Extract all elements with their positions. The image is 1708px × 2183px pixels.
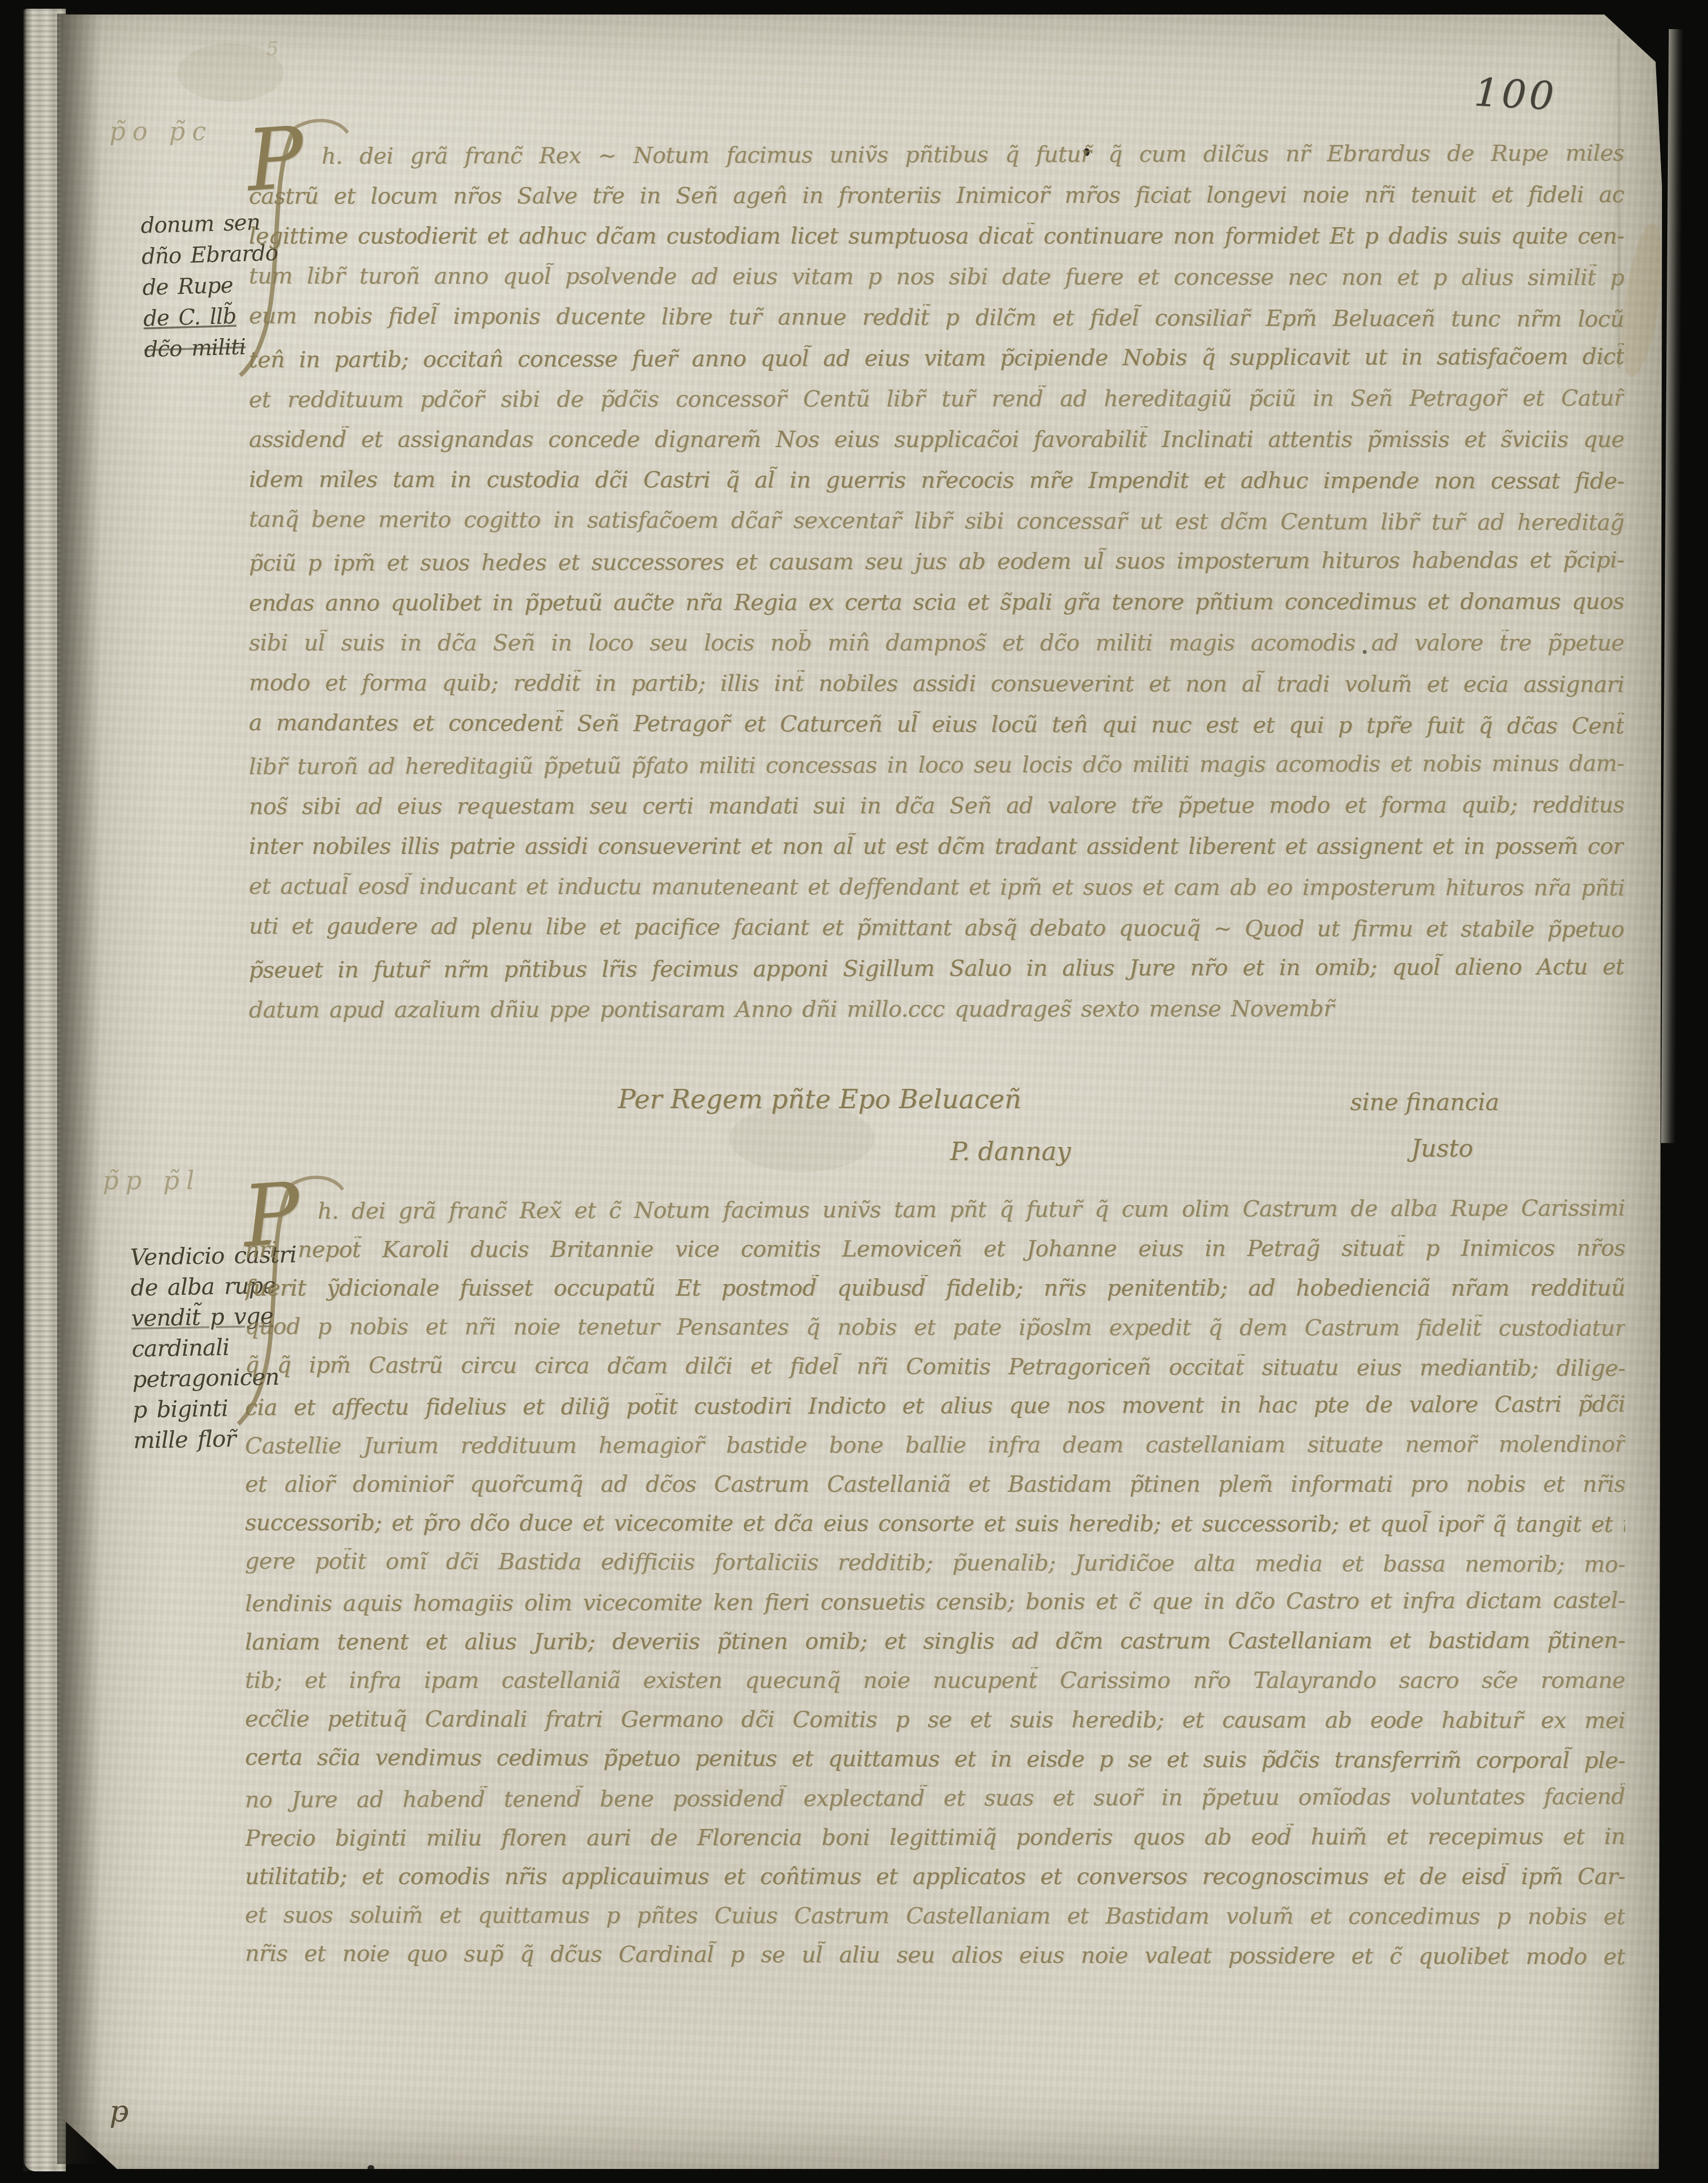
text-line: Castellie Jurium reddituum hemagior̃ bas…	[245, 1431, 1625, 1458]
text-line: ecc̃lie petituq̃ Cardinali fratri German…	[245, 1705, 1625, 1733]
text-line: tum libr̃ turoñ anno quol̃ psolvende ad …	[249, 263, 1624, 290]
text-line: successorib; et p̃ro dc̃o duce et viceco…	[245, 1509, 1625, 1537]
text-line: p̃seuet in futur̃ nr̃m pñtibus lr̃is fec…	[249, 954, 1624, 983]
text-line: h. dei grã franc̃ Rex ~ Notum facimus un…	[249, 140, 1624, 170]
text-line: lendinis aquis homagiis olim vicecomite …	[245, 1587, 1625, 1617]
text-line: q̃ q̃ ipm̃ Castrũ circu circa dc̃am dilc…	[245, 1352, 1625, 1381]
per-regem-subscription: Per Regem pñte Epo Beluaceñ	[618, 1084, 1021, 1115]
text-line: utilitatib; et comodis nr̃is applicauimu…	[245, 1863, 1625, 1889]
text-line: fuerit ỹdicionale fuisset occupatũ Et po…	[245, 1275, 1625, 1301]
edge-letter-mark: P	[1692, 1152, 1708, 1189]
text-line: quod p nobis et nr̃i noie tenetur Pensan…	[245, 1313, 1625, 1341]
text-line: libr̃ turoñ ad hereditagiũ p̃petuũ p̃fat…	[249, 750, 1624, 780]
text-line: p̃ciũ p ipm̃ et suos hedes et successore…	[249, 547, 1624, 576]
text-line: certa sc̃ia vendimus cedimus p̃petuo pen…	[245, 1744, 1625, 1774]
text-line: a mandantes et concedent̃ Señ Petragor̃ …	[249, 710, 1624, 739]
text-line: Precio biginti miliu floren auri de Flor…	[245, 1823, 1625, 1851]
text-line: no Jure ad habend̃ tenend̃ bene possiden…	[245, 1783, 1625, 1813]
text-line: ten̂ in partib; occitan̂ concesse fuer̃ …	[249, 343, 1624, 373]
text-line: assidend̃ et assignandas concede dignare…	[249, 426, 1624, 452]
clerk-signature: P. dannay	[950, 1137, 1071, 1166]
text-line: idem miles tam in custodia dc̃i Castri q…	[249, 466, 1624, 494]
text-line: legittime custodierit et adhuc dc̃am cus…	[249, 223, 1624, 249]
quire-signature-mark: p̵	[109, 2093, 129, 2129]
text-line: castrũ et locum nr̃os Salve tr̃e in Señ …	[249, 181, 1624, 209]
stain	[729, 1104, 875, 1172]
binding-gutter-shadow	[57, 14, 101, 2164]
charter1-text-block: h. dei grã franc̃ Rex ~ Notum facimus un…	[249, 141, 1624, 1052]
text-line: et actual̃ eosd̃ inducant et inductu man…	[249, 873, 1624, 900]
text-line: datum apud azalium dñiu ppe pontisaram A…	[249, 995, 1624, 1022]
text-line: modo et forma quib; reddit̃ in partib; i…	[249, 669, 1624, 697]
chancery-sigla-1: p̃o p̃c	[109, 117, 213, 146]
text-line: inter nobiles illis patrie assidi consue…	[249, 833, 1624, 859]
right-leaf-edge	[1661, 29, 1683, 1143]
text-line: eum nobis fidel̃ imponis ducente libre t…	[249, 303, 1624, 332]
charter2-text-block: h. dei grã franc̃ Rex̃ et c̃ Notum facim…	[245, 1196, 1625, 2000]
parchment-folio: 100 P p̵ 5 p̃o p̃c P donum sendño Ebrard…	[61, 15, 1662, 2169]
text-line: sibi ul̃ suis in dc̃a Señ in loco seu lo…	[249, 630, 1624, 656]
text-line: nr̃i nepot̃ Karoli ducis Britannie vice …	[245, 1235, 1625, 1262]
manuscript-scan: 100 P p̵ 5 p̃o p̃c P donum sendño Ebrard…	[0, 0, 1708, 2183]
text-line: uti et gaudere ad plenu libe et pacifice…	[249, 913, 1624, 943]
text-line: et suos soluim̃ et quittamus p pñtes Cui…	[245, 1902, 1625, 1929]
pen-trial-mark: 5	[266, 38, 278, 60]
text-line: gere pot̃it omĩ dc̃i Bastida edifficiis …	[245, 1548, 1625, 1578]
text-line: laniam tenent et alius Jurib; deveriis p…	[245, 1627, 1625, 1655]
text-line: endas anno quolibet in p̃petuũ auc̃te nr…	[249, 588, 1624, 616]
text-line: cia et affectu fidelius et dilig̃ pot̃it…	[245, 1391, 1625, 1421]
text-line: nr̃is et noie quo sup̃ q̃ dc̃us Cardinal…	[245, 1940, 1625, 1970]
text-line: h. dei grã franc̃ Rex̃ et c̃ Notum facim…	[245, 1195, 1625, 1224]
text-line: nos̃ sibi ad eius requestam seu certi ma…	[249, 791, 1624, 819]
text-line: tib; et infra ipam castellaniã existen q…	[245, 1667, 1625, 1693]
chancery-sigla-2: p̃p p̃l	[103, 1166, 201, 1195]
text-line: et reddituum pdc̃or̃ sibi de p̃dc̃is con…	[249, 385, 1624, 412]
ink-speck	[368, 2165, 374, 2171]
text-line: et alior̃ dominior̃ quor̃cumq̃ ad dc̃os …	[245, 1471, 1625, 1497]
folio-number: 100	[1473, 70, 1558, 119]
text-line: tanq̃ bene merito cogitto in satisfac̃oe…	[249, 506, 1624, 536]
justo-note: Justo	[1411, 1134, 1473, 1162]
sine-financia-note: sine financia	[1350, 1089, 1499, 1116]
